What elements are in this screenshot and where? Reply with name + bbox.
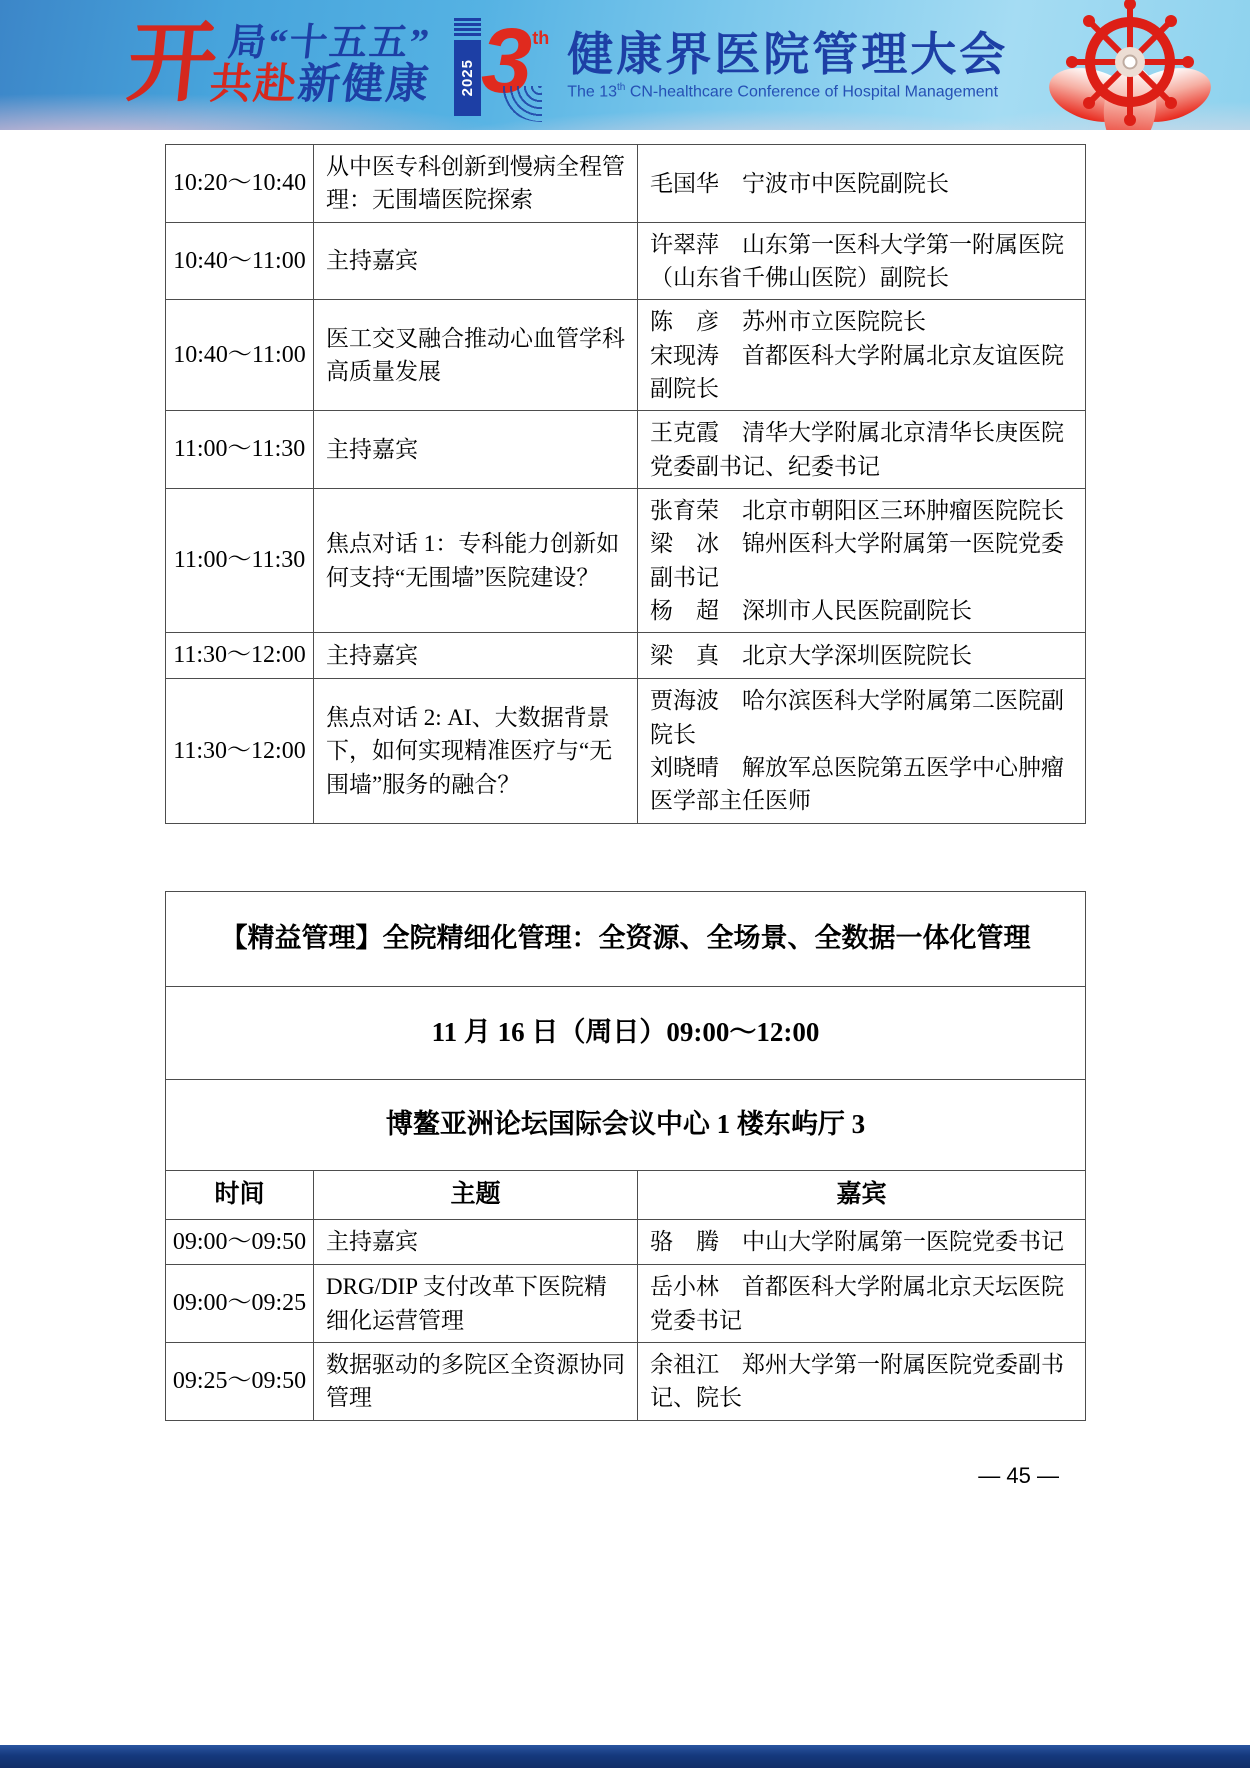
schedule-row: 10:20～10:40 从中医专科创新到慢病全程管理：无围墙医院探索 毛国华 宁… xyxy=(166,145,1086,223)
guest-line: 许翠萍 山东第一医科大学第一附属医院（山东省千佛山医院）副院长 xyxy=(650,228,1073,295)
title-en-post: CN-healthcare Conference of Hospital Man… xyxy=(625,83,998,100)
guest-line: 骆 腾 中山大学附属第一医院党委书记 xyxy=(650,1225,1073,1258)
schedule-row: 11:00～11:30 主持嘉宾 王克霞 清华大学附属北京清华长庚医院党委副书记… xyxy=(166,411,1086,489)
logo-arcs-decoration xyxy=(498,86,542,122)
session-title: 【精益管理】全院精细化管理：全资源、全场景、全数据一体化管理 xyxy=(166,891,1086,986)
column-header-time: 时间 xyxy=(166,1170,314,1219)
page-number: — 45 — xyxy=(165,1463,1085,1489)
logo-digit-one: 2025 xyxy=(454,40,481,116)
logo-th-superscript: th xyxy=(532,28,549,49)
ship-wheel-icon xyxy=(1012,0,1242,130)
time-cell: 11:00～11:30 xyxy=(166,411,314,489)
session-header-row: 时间 主题 嘉宾 xyxy=(166,1170,1086,1219)
time-cell: 11:30～12:00 xyxy=(166,679,314,823)
guest-line: 毛国华 宁波市中医院副院长 xyxy=(650,167,1073,200)
guest-line: 陈 彦 苏州市立医院院长 xyxy=(650,305,1073,338)
guest-cell: 岳小林 首都医科大学附属北京天坛医院党委书记 xyxy=(638,1265,1086,1343)
guest-cell: 许翠萍 山东第一医科大学第一附属医院（山东省千佛山医院）副院长 xyxy=(638,222,1086,300)
topic-cell: DRG/DIP 支付改革下医院精细化运营管理 xyxy=(314,1265,638,1343)
guest-cell: 毛国华 宁波市中医院副院长 xyxy=(638,145,1086,223)
guest-line: 岳小林 首都医科大学附属北京天坛医院党委书记 xyxy=(650,1270,1073,1337)
guest-line: 王克霞 清华大学附属北京清华长庚医院党委副书记、纪委书记 xyxy=(650,416,1073,483)
banner-slogan: 开 局“十五五” 共赴新健康 xyxy=(123,21,436,109)
topic-cell: 焦点对话 1：专科能力创新如何支持“无围墙”医院建设？ xyxy=(314,489,638,633)
time-cell: 10:40～11:00 xyxy=(166,222,314,300)
guest-cell: 贾海波 哈尔滨医科大学附属第二医院副院长刘晓晴 解放军总医院第五医学中心肿瘤医学… xyxy=(638,679,1086,823)
time-cell: 09:00～09:25 xyxy=(166,1265,314,1343)
topic-cell: 主持嘉宾 xyxy=(314,1219,638,1265)
morning-schedule-table: 10:20～10:40 从中医专科创新到慢病全程管理：无围墙医院探索 毛国华 宁… xyxy=(165,144,1086,824)
topic-cell: 主持嘉宾 xyxy=(314,222,638,300)
conference-title-cn: 健康界医院管理大会 xyxy=(567,29,1008,80)
guest-line: 宋现涛 首都医科大学附属北京友谊医院副院长 xyxy=(650,339,1073,406)
schedule-row: 11:30～12:00 主持嘉宾 梁 真 北京大学深圳医院院长 xyxy=(166,633,1086,679)
guest-line: 刘晓晴 解放军总医院第五医学中心肿瘤医学部主任医师 xyxy=(650,751,1073,818)
conference-13th-logo: 2025 3 th xyxy=(454,14,549,116)
guest-line: 张育荣 北京市朝阳区三环肿瘤医院院长 xyxy=(650,494,1073,527)
guest-line: 梁 真 北京大学深圳医院院长 xyxy=(650,639,1073,672)
schedule-row: 09:00～09:50 主持嘉宾 骆 腾 中山大学附属第一医院党委书记 xyxy=(166,1219,1086,1265)
topic-cell: 数据驱动的多院区全资源协同管理 xyxy=(314,1343,638,1421)
session-location: 博鳌亚洲论坛国际会议中心 1 楼东屿厅 3 xyxy=(166,1079,1086,1170)
time-cell: 09:25～09:50 xyxy=(166,1343,314,1421)
session-location-row: 博鳌亚洲论坛国际会议中心 1 楼东屿厅 3 xyxy=(166,1079,1086,1170)
guest-cell: 王克霞 清华大学附属北京清华长庚医院党委副书记、纪委书记 xyxy=(638,411,1086,489)
page-content: 10:20～10:40 从中医专科创新到慢病全程管理：无围墙医院探索 毛国华 宁… xyxy=(0,130,1250,1489)
guest-cell: 梁 真 北京大学深圳医院院长 xyxy=(638,633,1086,679)
guest-line: 杨 超 深圳市人民医院副院长 xyxy=(650,594,1073,627)
title-en-pre: The 13 xyxy=(567,83,617,100)
logo-year: 2025 xyxy=(459,59,476,96)
session-datetime: 11 月 16 日（周日）09:00～12:00 xyxy=(166,986,1086,1079)
conference-title-en: The 13th CN-healthcare Conference of Hos… xyxy=(567,82,1008,101)
schedule-row: 11:30～12:00 焦点对话 2: AI、大数据背景下，如何实现精准医疗与“… xyxy=(166,679,1086,823)
time-cell: 11:00～11:30 xyxy=(166,489,314,633)
topic-cell: 主持嘉宾 xyxy=(314,633,638,679)
session-datetime-row: 11 月 16 日（周日）09:00～12:00 xyxy=(166,986,1086,1079)
session-title-row: 【精益管理】全院精细化管理：全资源、全场景、全数据一体化管理 xyxy=(166,891,1086,986)
guest-cell: 陈 彦 苏州市立医院院长宋现涛 首都医科大学附属北京友谊医院副院长 xyxy=(638,300,1086,411)
column-header-guest: 嘉宾 xyxy=(638,1170,1086,1219)
time-cell: 10:40～11:00 xyxy=(166,300,314,411)
topic-cell: 医工交叉融合推动心血管学科高质量发展 xyxy=(314,300,638,411)
topic-cell: 焦点对话 2: AI、大数据背景下，如何实现精准医疗与“无围墙”服务的融合？ xyxy=(314,679,638,823)
bottom-bar xyxy=(0,1745,1250,1768)
schedule-row: 09:25～09:50 数据驱动的多院区全资源协同管理 余祖江 郑州大学第一附属… xyxy=(166,1343,1086,1421)
time-cell: 10:20～10:40 xyxy=(166,145,314,223)
column-header-topic: 主题 xyxy=(314,1170,638,1219)
slogan-line1: 局“十五五” xyxy=(212,24,436,62)
guest-cell: 张育荣 北京市朝阳区三环肿瘤医院院长梁 冰 锦州医科大学附属第一医院党委副书记杨… xyxy=(638,489,1086,633)
schedule-row: 10:40～11:00 主持嘉宾 许翠萍 山东第一医科大学第一附属医院（山东省千… xyxy=(166,222,1086,300)
guest-cell: 骆 腾 中山大学附属第一医院党委书记 xyxy=(638,1219,1086,1265)
topic-cell: 主持嘉宾 xyxy=(314,411,638,489)
banner-titles: 健康界医院管理大会 The 13th CN-healthcare Confere… xyxy=(567,29,1008,101)
schedule-row: 09:00～09:25 DRG/DIP 支付改革下医院精细化运营管理 岳小林 首… xyxy=(166,1265,1086,1343)
schedule-row: 11:00～11:30 焦点对话 1：专科能力创新如何支持“无围墙”医院建设？ … xyxy=(166,489,1086,633)
guest-line: 余祖江 郑州大学第一附属医院党委副书记、院长 xyxy=(650,1348,1073,1415)
guest-cell: 余祖江 郑州大学第一附属医院党委副书记、院长 xyxy=(638,1343,1086,1421)
time-cell: 09:00～09:50 xyxy=(166,1219,314,1265)
topic-cell: 从中医专科创新到慢病全程管理：无围墙医院探索 xyxy=(314,145,638,223)
schedule-row: 10:40～11:00 医工交叉融合推动心血管学科高质量发展 陈 彦 苏州市立医… xyxy=(166,300,1086,411)
conference-banner: 开 局“十五五” 共赴新健康 2025 3 th 健康界医院管理大会 The 1… xyxy=(0,0,1250,130)
slogan-line2-blue: 新健康 xyxy=(296,62,433,108)
slogan-kai-character: 开 xyxy=(123,21,220,109)
slogan-line2-red: 共赴 xyxy=(207,62,300,108)
guest-line: 梁 冰 锦州医科大学附属第一医院党委副书记 xyxy=(650,527,1073,594)
lean-management-session-table: 【精益管理】全院精细化管理：全资源、全场景、全数据一体化管理 11 月 16 日… xyxy=(165,891,1086,1421)
guest-line: 贾海波 哈尔滨医科大学附属第二医院副院长 xyxy=(650,684,1073,751)
time-cell: 11:30～12:00 xyxy=(166,633,314,679)
